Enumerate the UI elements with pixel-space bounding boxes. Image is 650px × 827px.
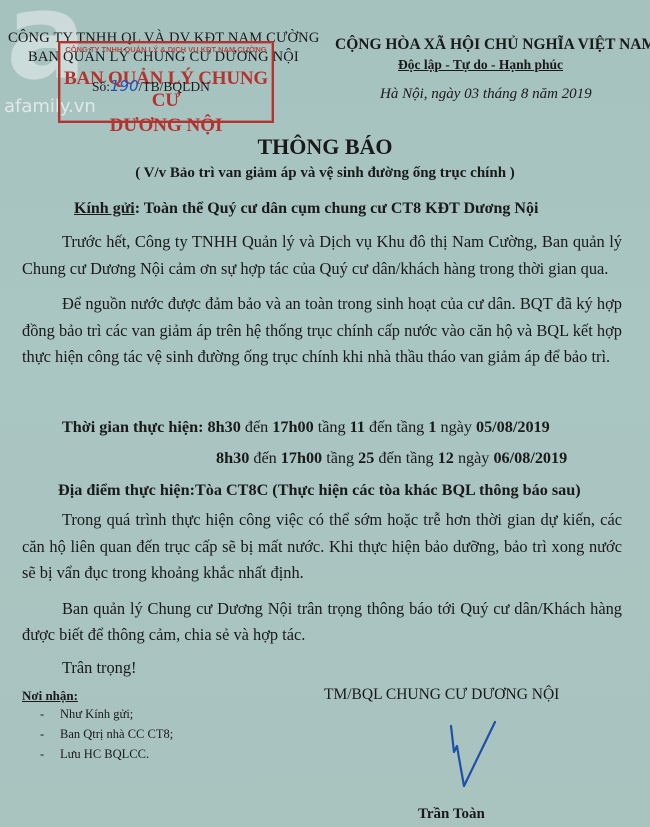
recipients-title: Nơi nhận: [22, 688, 78, 704]
to-floor: 12 [438, 449, 454, 467]
paragraph-purpose: Để nguồn nước được đảm bảo và an toàn tr… [22, 291, 622, 371]
doc-number-prefix: Số: [92, 79, 110, 94]
addressee-label: Kính gửi [74, 200, 135, 217]
from-floor: 11 [350, 418, 365, 436]
recipient-item: -Ban Qtrị nhà CC CT8; [22, 727, 173, 742]
recipient-text: Ban Qtrị nhà CC CT8; [60, 727, 173, 741]
from-floor: 25 [358, 449, 374, 467]
end-time: 17h00 [281, 449, 322, 467]
to-word: đến [253, 449, 276, 467]
paragraph-thanks: Trước hết, Công ty TNHH Quản lý và Dịch … [22, 229, 622, 282]
floor-word: tầng [326, 449, 354, 467]
intro-paragraphs: Trước hết, Công ty TNHH Quản lý và Dịch … [22, 229, 622, 371]
addressee: Kính gửi: Toàn thể Quý cư dân cụm chung … [74, 200, 538, 218]
day-word: ngày [458, 449, 489, 467]
document-subject: ( V/v Bảo trì van giảm áp và vệ sinh đườ… [0, 165, 650, 182]
to-word: đến [245, 418, 268, 436]
paragraph-water-outage: Trong quá trình thực hiện công việc có t… [22, 507, 622, 587]
recipient-item: -Như Kính gửi; [22, 707, 133, 722]
start-time: 8h30 [208, 418, 241, 436]
work-date: 06/08/2019 [493, 449, 567, 467]
stamp-company-line: CÔNG TY TNHH QUẢN LÝ & DỊCH VỤ KĐT NAM C… [60, 45, 272, 54]
bullet: - [22, 747, 60, 762]
document-date: Hà Nội, ngày 03 tháng 8 năm 2019 [380, 86, 592, 103]
work-location: Địa điểm thực hiện:Tòa CT8C (Thực hiện c… [58, 481, 581, 500]
to-floor-word: đến tầng [378, 449, 433, 467]
document-number: Số:190/TB/BQLDN [92, 77, 210, 95]
doc-number-suffix: /TB/BQLDN [139, 79, 210, 94]
start-time: 8h30 [216, 449, 249, 467]
recipient-text: Như Kính gửi; [60, 707, 133, 721]
day-word: ngày [440, 418, 471, 436]
bullet: - [22, 707, 60, 722]
paragraph-notice: Ban quản lý Chung cư Dương Nội trân trọn… [22, 596, 622, 649]
addressee-text: : Toàn thể Quý cư dân cụm chung cư CT8 K… [135, 200, 539, 217]
end-time: 17h00 [272, 418, 313, 436]
schedule-row-2: 8h30 đến 17h00 tầng 25 đến tầng 12 ngày … [216, 449, 567, 468]
recipient-item: -Lưu HC BQLCC. [22, 747, 149, 762]
to-floor-word: đến tầng [369, 418, 424, 436]
recipient-text: Lưu HC BQLCC. [60, 747, 149, 761]
floor-word: tầng [318, 418, 346, 436]
closing-greeting: Trân trọng! [22, 655, 622, 682]
bullet: - [22, 727, 60, 742]
handwritten-signature-icon [440, 720, 500, 795]
signatory-name: Trần Toàn [418, 806, 485, 823]
schedule-row-1: Thời gian thực hiện: 8h30 đến 17h00 tầng… [62, 418, 550, 437]
signatory-organization: TM/BQL CHUNG CƯ DƯƠNG NỘI [324, 686, 559, 704]
work-date: 05/08/2019 [476, 418, 550, 436]
document-title: THÔNG BÁO [0, 134, 650, 160]
doc-number-handwritten: 190 [110, 77, 139, 95]
schedule-label: Thời gian thực hiện: [62, 418, 203, 436]
to-floor: 1 [428, 418, 436, 436]
closing-paragraphs: Trong quá trình thực hiện công việc có t… [22, 507, 622, 681]
national-motto: Độc lập - Tự do - Hạnh phúc [398, 57, 563, 73]
nation-title: CỘNG HÒA XÃ HỘI CHỦ NGHĨA VIỆT NAM [335, 36, 650, 54]
